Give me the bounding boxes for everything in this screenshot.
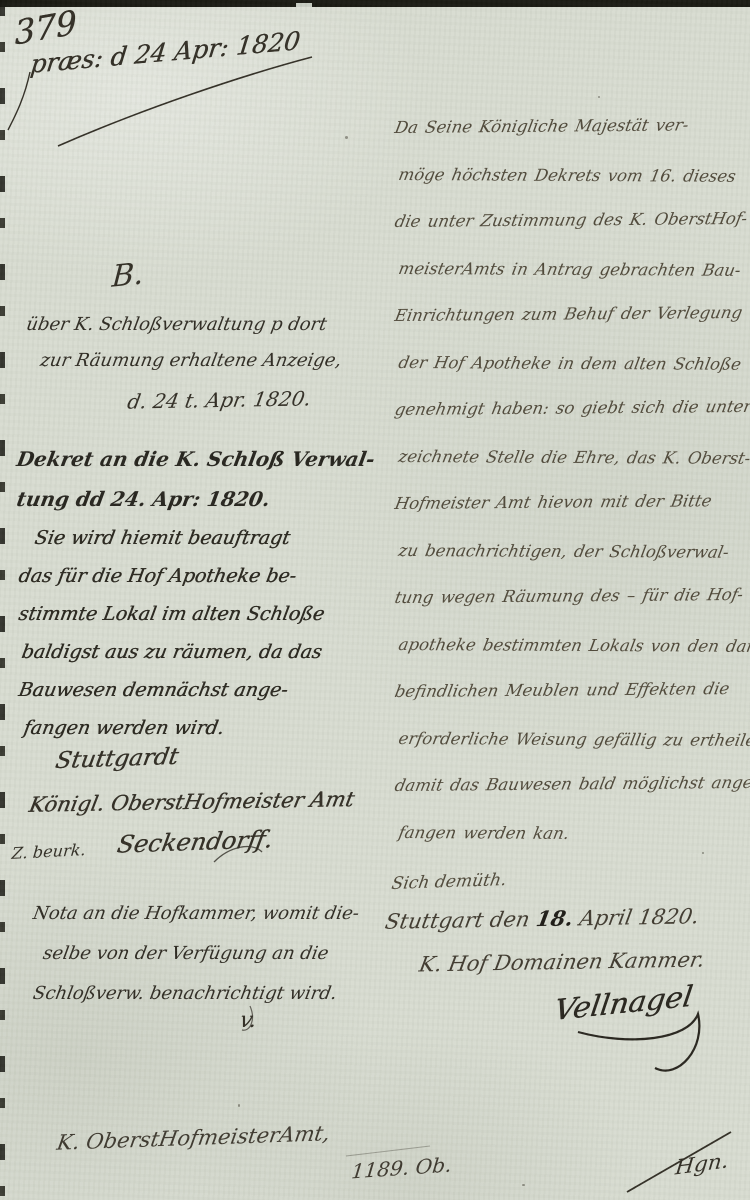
ink-speck <box>598 96 600 98</box>
letter-line: möge höchsten Dekrets vom 16. dieses <box>392 165 750 214</box>
decree-place: Stuttgardt <box>53 744 180 774</box>
letter-line: meisterAmts in Antrag gebrachten Bau- <box>392 259 750 308</box>
dateline-day: 18. <box>534 905 575 931</box>
footer-file-number: 1189. Ob. <box>350 1153 453 1184</box>
letter-closing: Sich demüth. <box>390 870 508 894</box>
letter-line: die unter Zustimmung des K. OberstHof- <box>388 209 750 259</box>
decree-body: Sie wird hiemit beauftragtdas für die Ho… <box>14 527 319 755</box>
decree-heading-line: Dekret an die K. Schloß Verwal- <box>12 447 377 487</box>
letter-line: zeichnete Stelle die Ehre, das K. Oberst… <box>392 447 750 496</box>
nota-line: Nota an die Hofkammer, womit die- <box>28 903 361 943</box>
dateline-prefix: Stuttgart den <box>383 907 538 934</box>
manuscript-page: 379 præs: d 24 Apr: 1820 B. über K. Schl… <box>0 0 750 1200</box>
ink-speck <box>345 136 348 139</box>
letter-line: Da Seine Königliche Majestät ver- <box>388 115 750 165</box>
summary-note: über K. Schloßverwaltung p dortzur Räumu… <box>22 314 337 386</box>
nota-note: Nota an die Hofkammer, womit die-selbe v… <box>28 903 354 1023</box>
decree-heading: Dekret an die K. Schloß Verwal-tung dd 2… <box>12 447 370 527</box>
letter-body: Da Seine Königliche Majestät ver-möge hö… <box>388 118 748 870</box>
footer-paraph: Hgn. <box>674 1149 730 1180</box>
decree-body-line: baldigst aus zu räumen, da das <box>17 641 326 679</box>
letter-signature: Vellnagel <box>552 979 695 1027</box>
praesentatum-descender-stroke <box>8 72 30 130</box>
dateline-suffix: April 1820. <box>571 904 701 930</box>
letter-line: zu benachrichtigen, der Schloßverwal- <box>392 541 750 590</box>
summary-date: d. 24 t. Apr. 1820. <box>126 386 313 413</box>
decree-issuer: Königl. OberstHofmeister Amt <box>27 787 356 817</box>
letter-dateline: Stuttgart den 18. April 1820. <box>383 903 701 933</box>
ink-speck <box>702 852 704 854</box>
decree-body-line: stimmte Lokal im alten Schloße <box>14 603 326 641</box>
decree-heading-line: tung dd 24. Apr: 1820. <box>12 487 377 527</box>
attestation-signature: Seckendorff. <box>115 825 275 858</box>
letter-line: der Hof Apotheke in dem alten Schloße <box>392 353 750 402</box>
letter-line: Einrichtungen zum Behuf der Verlegung <box>388 303 750 353</box>
scan-edge-top-notch <box>296 3 312 7</box>
nota-line: selbe von der Verfügung an die <box>38 943 361 983</box>
scan-edge-top <box>0 0 750 7</box>
attestation-label: Z. beurk. <box>11 840 87 863</box>
summary-line: zur Räumung erhaltene Anzeige, <box>36 350 343 386</box>
footer-addressee: K. OberstHofmeisterAmt, <box>55 1121 332 1154</box>
summary-line: über K. Schloßverwaltung p dort <box>22 314 343 350</box>
signature-flourish <box>578 1014 699 1071</box>
page-number: 379 <box>14 2 77 52</box>
letter-line: erforderliche Weisung gefällig zu erthei… <box>392 729 750 778</box>
letter-sender: K. Hof Domainen Kammer. <box>417 948 706 977</box>
letter-line: genehmigt haben: so giebt sich die unter… <box>388 397 750 447</box>
letter-line: befindlichen Meublen und Effekten die <box>388 679 750 729</box>
letter-line: damit das Bauwesen bald möglichst ange- <box>388 773 750 823</box>
ink-speck <box>522 1184 525 1186</box>
letter-line: apotheke bestimmten Lokals von den darin <box>392 635 750 684</box>
letter-line: Hofmeister Amt hievon mit der Bitte <box>388 491 750 541</box>
nota-mark: v. <box>237 1008 259 1033</box>
item-letter: B. <box>111 256 145 295</box>
scan-edge-left <box>0 0 5 1200</box>
decree-body-line: das für die Hof Apotheke be- <box>14 565 326 603</box>
letter-line: tung wegen Räumung des – für die Hof- <box>388 585 750 635</box>
ink-speck <box>238 1104 240 1107</box>
decree-body-line: Bauwesen demnächst ange- <box>14 679 326 717</box>
letter-line: fangen werden kan. <box>392 823 750 872</box>
decree-body-line: Sie wird hiemit beauftragt <box>30 527 326 565</box>
nota-line: Schloßverw. benachrichtigt wird. <box>28 983 361 1023</box>
